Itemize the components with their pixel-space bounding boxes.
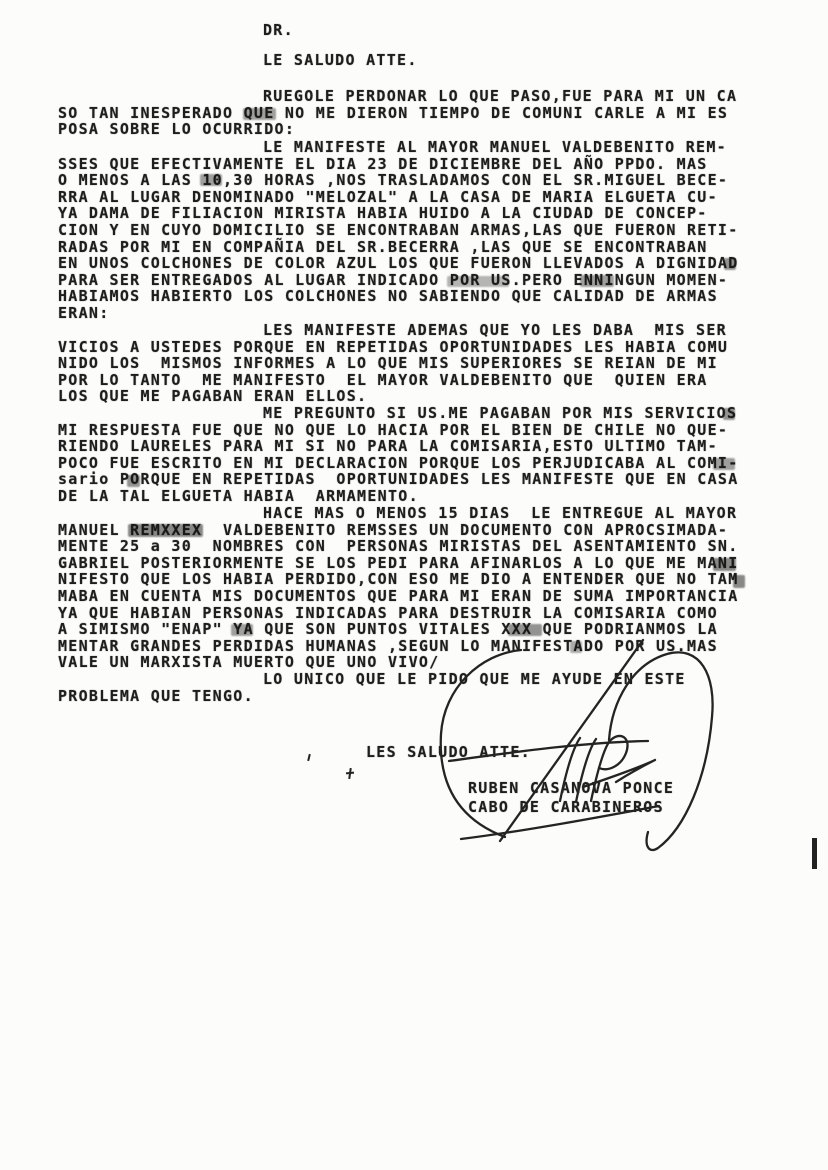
letter-line: RADAS POR MI EN COMPAÑIA DEL SR.BECERRA … xyxy=(58,239,739,256)
letter-line: POSA SOBRE LO OCURRIDO: xyxy=(58,121,737,138)
ink-smudge xyxy=(243,108,276,120)
letter-line: SSES QUE EFECTIVAMENTE EL DIA 23 DE DICI… xyxy=(58,156,739,173)
greeting: LE SALUDO ATTE. xyxy=(263,52,418,69)
letter-line: HACE MAS O MENOS 15 DIAS LE ENTREGUE AL … xyxy=(58,505,739,522)
closing: LES SALUDO ATTE. xyxy=(366,744,531,761)
ink-smudge xyxy=(447,276,509,287)
letter-line: POR LO TANTO ME MANIFESTO EL MAYOR VALDE… xyxy=(58,372,728,389)
letter-line: YA DAMA DE FILIACION MIRISTA HABIA HUIDO… xyxy=(58,205,739,222)
letter-line: PARA SER ENTREGADOS AL LUGAR INDICADO PO… xyxy=(58,272,739,289)
letter-line: LO UNICO QUE LE PIDO QUE ME AYUDE EN EST… xyxy=(58,671,686,688)
letter-line: LOS QUE ME PAGABAN ERAN ELLOS. xyxy=(58,388,728,405)
ink-smudge xyxy=(570,641,582,653)
ink-smudge xyxy=(127,475,140,487)
letter-line: MENTE 25 a 30 NOMBRES CON PERSONAS MIRIS… xyxy=(58,538,739,555)
ink-smudge xyxy=(713,458,735,470)
letter-line: HABIAMOS HABIERTO LOS COLCHONES NO SABIE… xyxy=(58,288,739,305)
letter-line: ME PREGUNTO SI US.ME PAGABAN POR MIS SER… xyxy=(58,405,739,422)
letter-line: POCO FUE ESCRITO EN MI DECLARACION PORQU… xyxy=(58,455,739,472)
letter-line: NIFESTO QUE LOS HABIA PERDIDO,CON ESO ME… xyxy=(58,571,739,588)
ink-smudge xyxy=(724,258,736,270)
addressee: DR. xyxy=(263,22,294,39)
letter-line: LES MANIFESTE ADEMAS QUE YO LES DABA MIS… xyxy=(58,322,728,339)
scan-edge-artifact xyxy=(812,838,817,869)
greeting-block: LE SALUDO ATTE. xyxy=(263,52,418,69)
signer-title: CABO DE CARABINEROS xyxy=(468,798,674,817)
letter-line: MI RESPUESTA FUE QUE NO QUE LO HACIA POR… xyxy=(58,422,739,439)
ink-smudge xyxy=(723,408,735,420)
ink-smudge xyxy=(733,575,745,588)
signature-block: RUBEN CASANOVA PONCE CABO DE CARABINEROS xyxy=(468,779,674,817)
letter-line: PROBLEMA QUE TENGO. xyxy=(58,688,686,705)
letter-line: VALE UN MARXISTA MUERTO QUE UNO VIVO/ xyxy=(58,654,739,671)
letter-line: DE LA TAL ELGUETA HABIA ARMAMENTO. xyxy=(58,488,739,505)
letter-line: sario PORQUE EN REPETIDAS OPORTUNIDADES … xyxy=(58,471,739,488)
letter-line: LE MANIFESTE AL MAYOR MANUEL VALDEBENITO… xyxy=(58,139,739,156)
letter-line: YA QUE HABIAN PERSONAS INDICADAS PARA DE… xyxy=(58,605,739,622)
signer-name: RUBEN CASANOVA PONCE xyxy=(468,779,674,798)
letter-line: MABA EN CUENTA MIS DOCUMENTOS QUE PARA M… xyxy=(58,588,739,605)
addressee-block: DR. xyxy=(263,22,294,39)
letter-line: CION Y EN CUYO DOMICILIO SE ENCONTRABAN … xyxy=(58,222,739,239)
ink-smudge xyxy=(580,275,614,287)
letter-line: RRA AL LUGAR DENOMINADO "MELOZAL" A LA C… xyxy=(58,189,739,206)
letter-line: NIDO LOS MISMOS INFORMES A LO QUE MIS SU… xyxy=(58,355,728,372)
letter-line: GABRIEL POSTERIORMENTE SE LOS PEDI PARA … xyxy=(58,555,739,572)
ink-smudge xyxy=(200,174,222,186)
paragraph-1: RUEGOLE PERDONAR LO QUE PASO,FUE PARA MI… xyxy=(58,88,737,138)
ink-smudge xyxy=(231,624,253,636)
paragraph-6: LO UNICO QUE LE PIDO QUE ME AYUDE EN EST… xyxy=(58,671,686,704)
letter-line: RUEGOLE PERDONAR LO QUE PASO,FUE PARA MI… xyxy=(58,88,737,105)
letter-line: RIENDO LAURELES PARA MI SI NO PARA LA CO… xyxy=(58,438,739,455)
stray-mark xyxy=(307,754,311,761)
letter-line: ERAN: xyxy=(58,305,739,322)
letter-line: EN UNOS COLCHONES DE COLOR AZUL LOS QUE … xyxy=(58,255,739,272)
paragraph-2: LE MANIFESTE AL MAYOR MANUEL VALDEBENITO… xyxy=(58,139,739,322)
letter-line: SO TAN INESPERADO QUE NO ME DIERON TIEMP… xyxy=(58,105,737,122)
closing-block: LES SALUDO ATTE. xyxy=(366,744,531,761)
letter-line: O MENOS A LAS 10,30 HORAS ,NOS TRASLADAM… xyxy=(58,172,739,189)
ink-smudge xyxy=(508,624,542,636)
ink-smudge xyxy=(713,558,736,571)
letter-line: VICIOS A USTEDES PORQUE EN REPETIDAS OPO… xyxy=(58,339,728,356)
letter-line: A SIMISMO "ENAP" YA QUE SON PUNTOS VITAL… xyxy=(58,621,739,638)
scanned-letter-page: DR. LE SALUDO ATTE. RUEGOLE PERDONAR LO … xyxy=(0,0,828,1170)
letter-line: MENTAR GRANDES PERDIDAS HUMANAS ,SEGUN L… xyxy=(58,638,739,655)
paragraph-3: LES MANIFESTE ADEMAS QUE YO LES DABA MIS… xyxy=(58,322,728,405)
stray-mark xyxy=(346,772,354,775)
ink-smudge xyxy=(128,524,203,537)
paragraph-4: ME PREGUNTO SI US.ME PAGABAN POR MIS SER… xyxy=(58,405,739,505)
